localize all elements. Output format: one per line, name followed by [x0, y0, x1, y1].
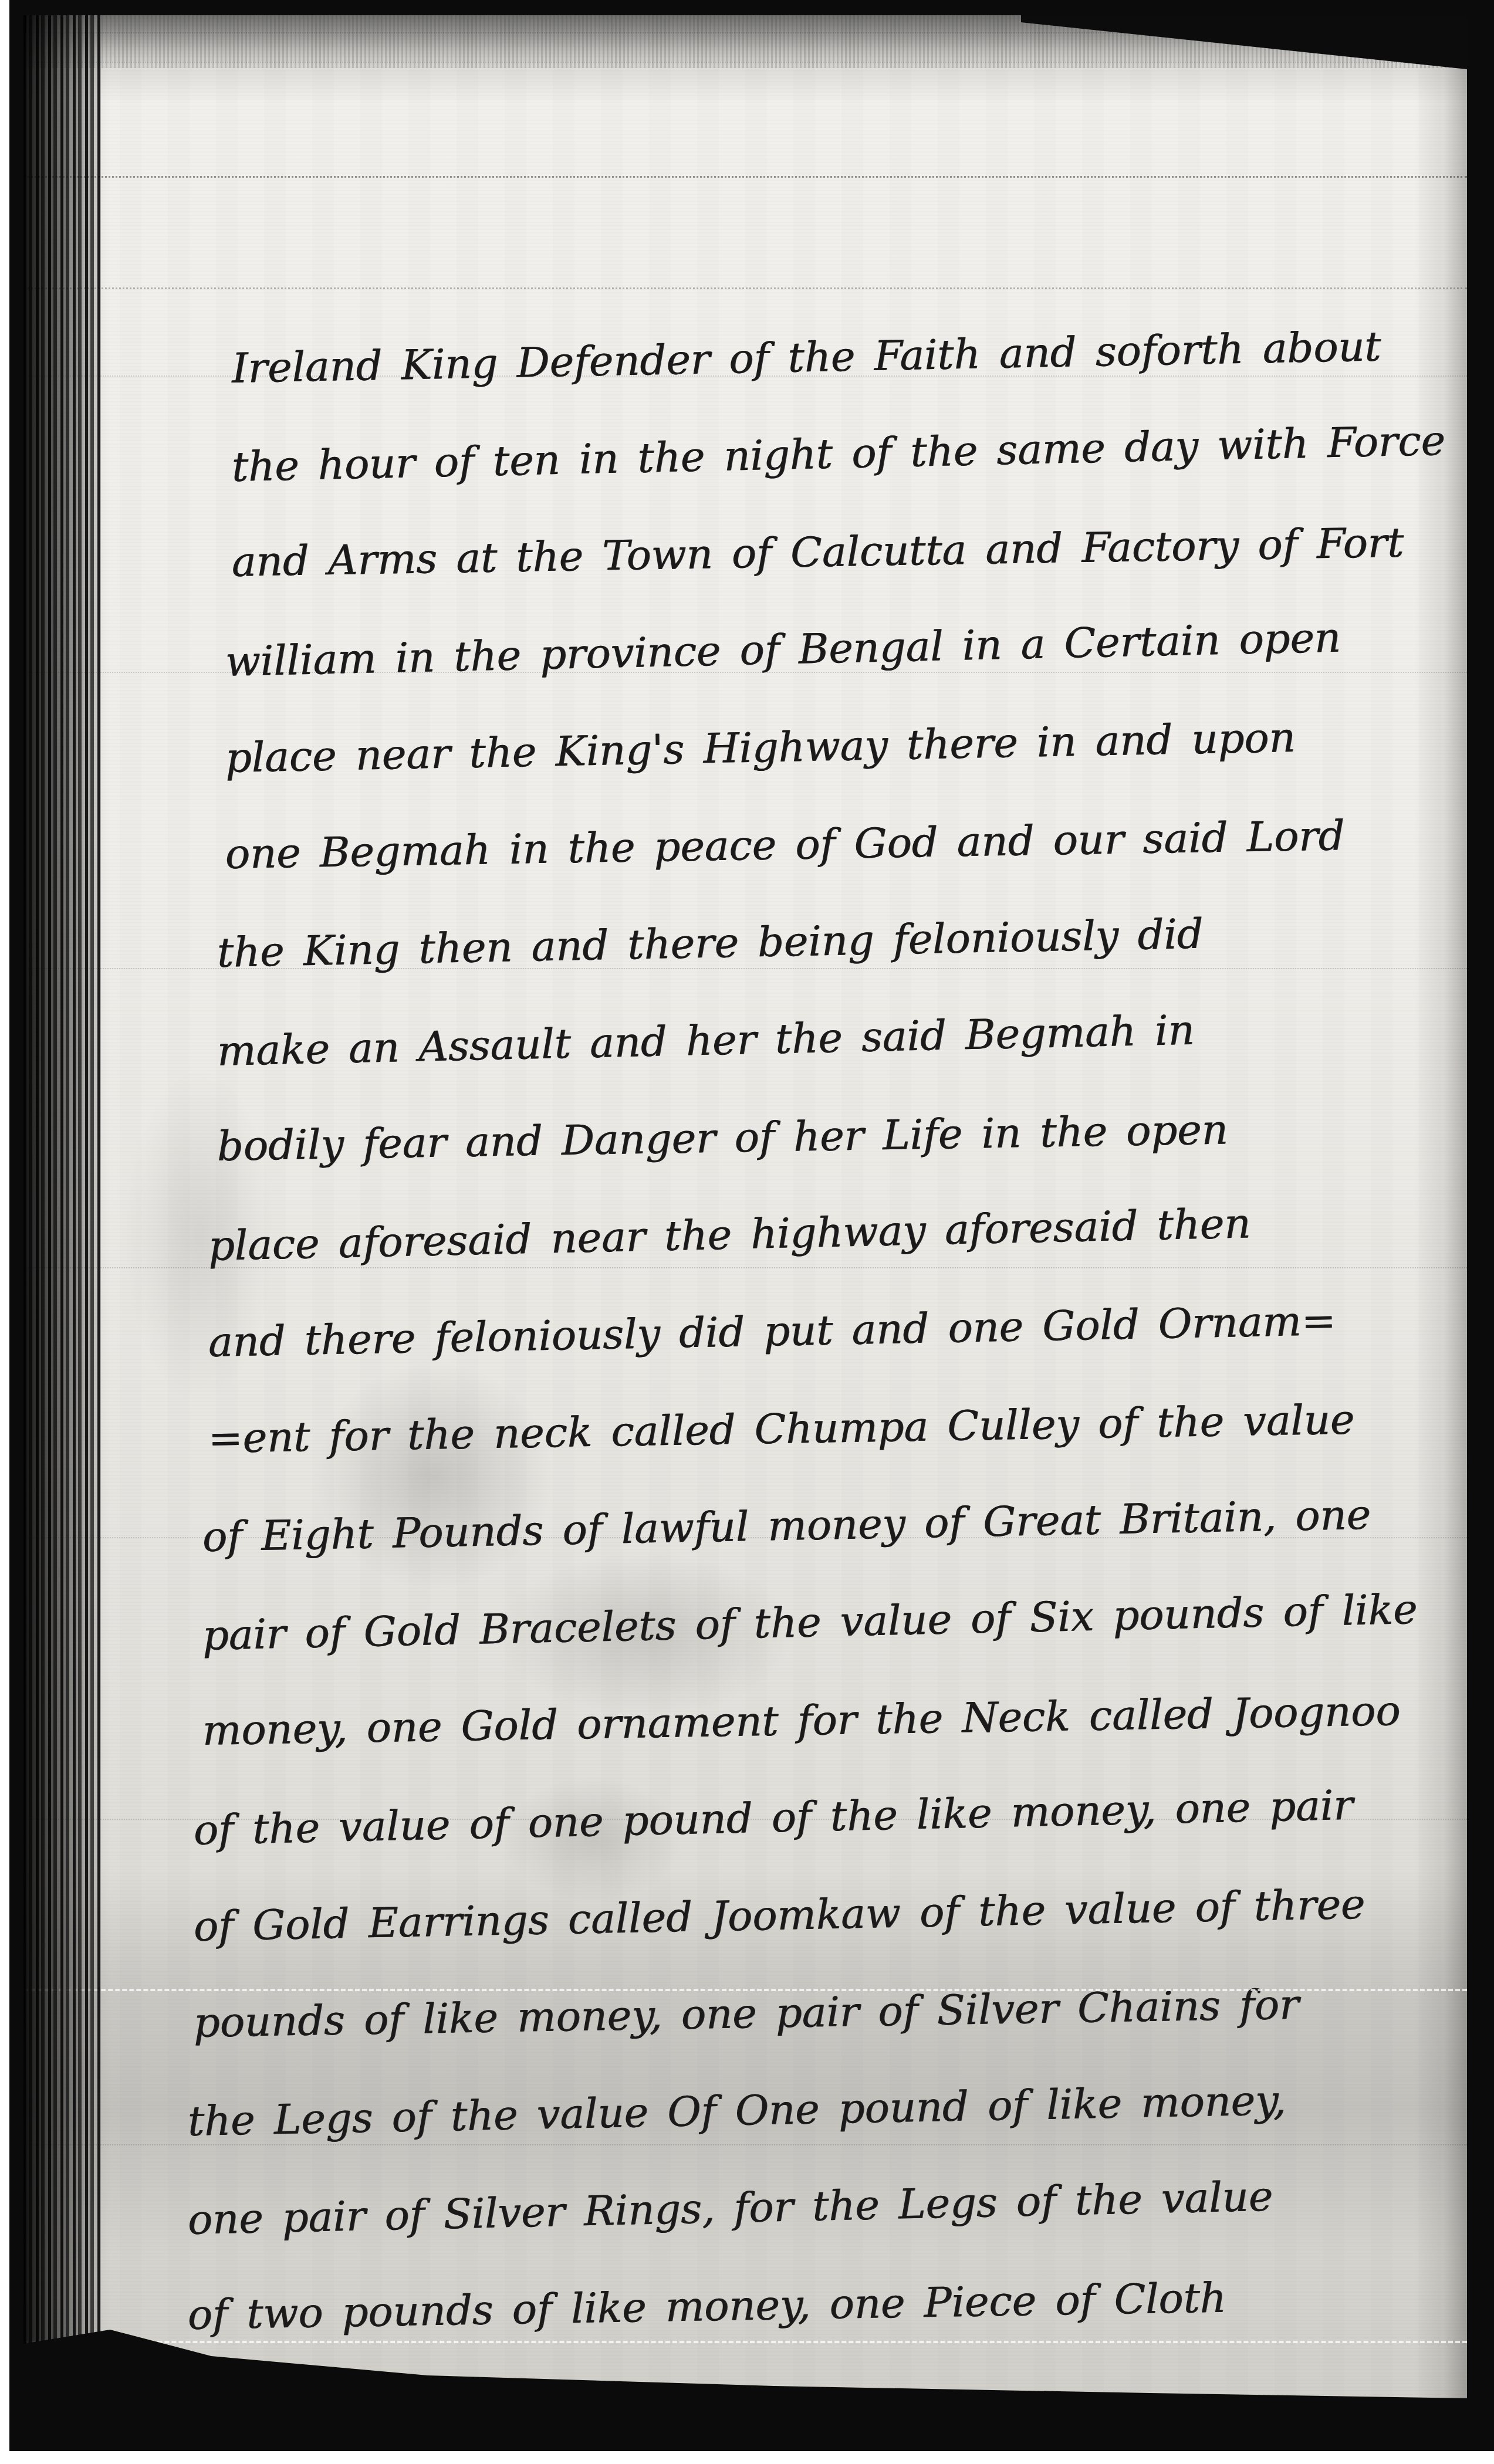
ruled-line — [23, 287, 1467, 289]
ruled-line — [23, 176, 1467, 178]
manuscript-line: of two pounds of like money, one Piece o… — [187, 2245, 1449, 2364]
handwritten-text-block: Ireland King Defender of the Faith and s… — [176, 320, 1449, 2365]
scan-black-frame: Ireland King Defender of the Faith and s… — [9, 0, 1494, 2451]
scratch-line — [23, 2341, 1467, 2343]
book-binding-gutter — [23, 15, 101, 2412]
scratch-line — [23, 1989, 1467, 1991]
manuscript-scan: Ireland King Defender of the Faith and s… — [0, 0, 1494, 2464]
manuscript-page: Ireland King Defender of the Faith and s… — [23, 15, 1467, 2412]
